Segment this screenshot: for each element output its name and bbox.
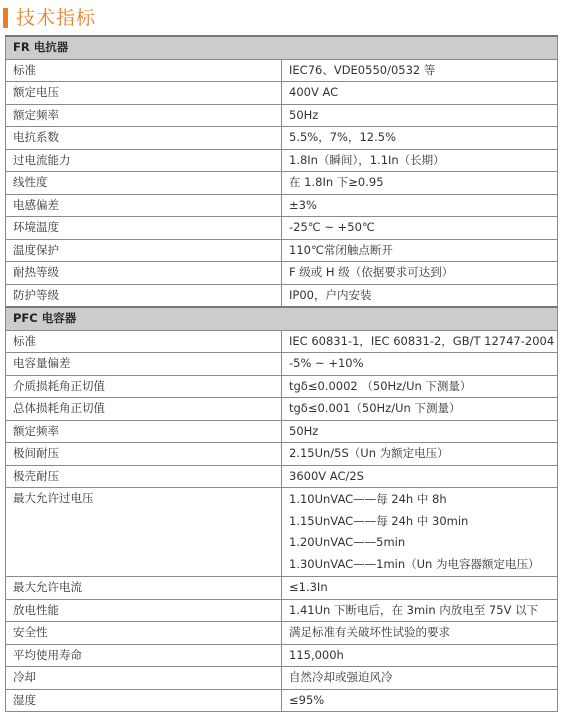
spec-key: 湿度: [6, 689, 282, 712]
spec-value: ±3%: [282, 194, 558, 217]
section-title: PFC 电容器: [6, 307, 558, 330]
spec-value: 在 1.8In 下≥0.95: [282, 172, 558, 195]
spec-key: 电容量偏差: [6, 353, 282, 376]
table-row: 极间耐压2.15Un/5S（Un 为额定电压）: [6, 443, 558, 466]
heading-accent-bar: [3, 8, 8, 28]
spec-value: 110℃常闭触点断开: [282, 239, 558, 262]
table-row: 安全性满足标准有关破坏性试验的要求: [6, 622, 558, 645]
spec-key: 总体损耗角正切值: [6, 398, 282, 421]
table-row: 标准IEC 60831-1，IEC 60831-2，GB/T 12747-200…: [6, 330, 558, 353]
table-row: 标准IEC76、VDE0550/0532 等: [6, 59, 558, 82]
table-row: 环境温度-25℃ ~ +50℃: [6, 217, 558, 240]
table-row: 过电流能力1.8In（瞬间），1.1In（长期）: [6, 149, 558, 172]
spec-table: FR 电抗器 标准IEC76、VDE0550/0532 等 额定电压400V A…: [5, 35, 558, 712]
section-title: FR 电抗器: [6, 36, 558, 59]
spec-value: 115,000h: [282, 644, 558, 667]
table-row: 额定频率50Hz: [6, 104, 558, 127]
spec-value: ≤1.3In: [282, 577, 558, 600]
spec-key: 最大允许电流: [6, 577, 282, 600]
spec-value-line: 1.10UnVAC——每 24h 中 8h: [289, 489, 557, 511]
spec-value: 400V AC: [282, 82, 558, 105]
spec-value: ≤95%: [282, 689, 558, 712]
spec-value: IEC 60831-1，IEC 60831-2，GB/T 12747-2004: [282, 330, 558, 353]
table-row: 极壳耐压3600V AC/2S: [6, 465, 558, 488]
spec-key: 极壳耐压: [6, 465, 282, 488]
spec-key: 耐热等级: [6, 262, 282, 285]
spec-key: 标准: [6, 330, 282, 353]
spec-value: tgδ≤0.001（50Hz/Un 下测量）: [282, 398, 558, 421]
table-row: 额定频率50Hz: [6, 420, 558, 443]
spec-value: -5% ~ +10%: [282, 353, 558, 376]
spec-value-line: 1.15UnVAC——每 24h 中 30min: [289, 511, 557, 533]
table-row-multiline: 最大允许过电压 1.10UnVAC——每 24h 中 8h 1.15UnVAC—…: [6, 488, 558, 577]
spec-key: 防护等级: [6, 284, 282, 307]
table-row: 电感偏差±3%: [6, 194, 558, 217]
spec-key: 介质损耗角正切值: [6, 375, 282, 398]
spec-key: 最大允许过电压: [6, 488, 282, 577]
spec-value: IP00，户内安装: [282, 284, 558, 307]
table-row: 额定电压400V AC: [6, 82, 558, 105]
spec-value: 自然冷却或强迫风冷: [282, 667, 558, 690]
spec-key: 标准: [6, 59, 282, 82]
spec-value: tgδ≤0.0002 （50Hz/Un 下测量）: [282, 375, 558, 398]
spec-value: 满足标准有关破坏性试验的要求: [282, 622, 558, 645]
spec-key: 环境温度: [6, 217, 282, 240]
spec-key: 温度保护: [6, 239, 282, 262]
table-row: 防护等级IP00，户内安装: [6, 284, 558, 307]
spec-value: 50Hz: [282, 420, 558, 443]
spec-value: F 级或 H 级（依据要求可达到）: [282, 262, 558, 285]
spec-key: 冷却: [6, 667, 282, 690]
spec-key: 额定电压: [6, 82, 282, 105]
page-heading: 技术指标: [0, 6, 96, 30]
table-row: 温度保护110℃常闭触点断开: [6, 239, 558, 262]
spec-value: 50Hz: [282, 104, 558, 127]
spec-value-multiline: 1.10UnVAC——每 24h 中 8h 1.15UnVAC——每 24h 中…: [282, 488, 558, 577]
table-row: 介质损耗角正切值tgδ≤0.0002 （50Hz/Un 下测量）: [6, 375, 558, 398]
table-row: 平均使用寿命115,000h: [6, 644, 558, 667]
spec-value: -25℃ ~ +50℃: [282, 217, 558, 240]
table-row: 电抗系数5.5%，7%，12.5%: [6, 127, 558, 150]
spec-key: 安全性: [6, 622, 282, 645]
spec-key: 线性度: [6, 172, 282, 195]
spec-value: 5.5%，7%，12.5%: [282, 127, 558, 150]
spec-key: 电感偏差: [6, 194, 282, 217]
spec-key: 过电流能力: [6, 149, 282, 172]
table-row: 总体损耗角正切值tgδ≤0.001（50Hz/Un 下测量）: [6, 398, 558, 421]
spec-key: 额定频率: [6, 104, 282, 127]
spec-value: 3600V AC/2S: [282, 465, 558, 488]
spec-value-line: 1.20UnVAC——5min: [289, 532, 557, 554]
spec-key: 电抗系数: [6, 127, 282, 150]
spec-key: 放电性能: [6, 599, 282, 622]
table-row: 耐热等级F 级或 H 级（依据要求可达到）: [6, 262, 558, 285]
table-row: 湿度≤95%: [6, 689, 558, 712]
spec-value: 1.41Un 下断电后，在 3min 内放电至 75V 以下: [282, 599, 558, 622]
table-row: 放电性能1.41Un 下断电后，在 3min 内放电至 75V 以下: [6, 599, 558, 622]
section-header-pfc-capacitor: PFC 电容器: [6, 307, 558, 330]
spec-value: IEC76、VDE0550/0532 等: [282, 59, 558, 82]
table-row: 电容量偏差-5% ~ +10%: [6, 353, 558, 376]
spec-value: 1.8In（瞬间），1.1In（长期）: [282, 149, 558, 172]
spec-value-line: 1.30UnVAC——1min（Un 为电容器额定电压）: [289, 554, 557, 576]
page-title: 技术指标: [16, 6, 96, 30]
table-row: 线性度在 1.8In 下≥0.95: [6, 172, 558, 195]
spec-value: 2.15Un/5S（Un 为额定电压）: [282, 443, 558, 466]
spec-key: 额定频率: [6, 420, 282, 443]
spec-key: 平均使用寿命: [6, 644, 282, 667]
section-header-fr-reactor: FR 电抗器: [6, 36, 558, 59]
spec-key: 极间耐压: [6, 443, 282, 466]
table-row: 冷却自然冷却或强迫风冷: [6, 667, 558, 690]
table-row: 最大允许电流≤1.3In: [6, 577, 558, 600]
